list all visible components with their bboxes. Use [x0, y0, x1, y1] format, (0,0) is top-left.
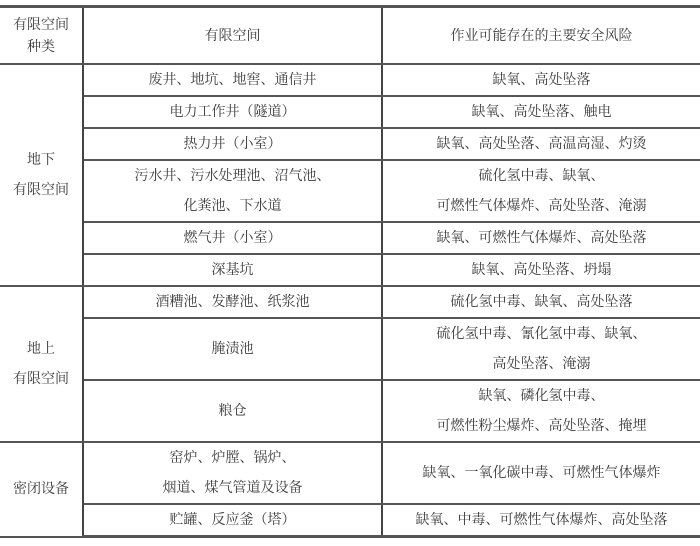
space-cell: 热力井（小室） — [83, 128, 382, 160]
risk-cell: 缺氧、高处坠落 — [382, 64, 700, 96]
risk-cell: 硫化氢中毒、氰化氢中毒、缺氧、 高处坠落、淹溺 — [382, 318, 700, 380]
space-cell: 深基坑 — [83, 254, 382, 286]
space-cell: 酒糟池、发酵池、纸浆池 — [83, 286, 382, 318]
table-row: 密闭设备 窑炉、炉膛、锅炉、 烟道、煤气管道及设备 缺氧、一氧化碳中毒、可燃性气… — [0, 442, 700, 504]
risk-cell: 缺氧、高处坠落、坍塌 — [382, 254, 700, 286]
risk-cell: 缺氧、高处坠落、触电 — [382, 96, 700, 128]
header-risk: 作业可能存在的主要安全风险 — [382, 7, 700, 65]
risk-cell: 缺氧、一氧化碳中毒、可燃性气体爆炸 — [382, 442, 700, 504]
table-row: 腌渍池 硫化氢中毒、氰化氢中毒、缺氧、 高处坠落、淹溺 — [0, 318, 700, 380]
table-row: 污水井、污水处理池、沼气池、 化粪池、下水道 硫化氢中毒、缺氧、 可燃性气体爆炸… — [0, 160, 700, 222]
space-cell: 腌渍池 — [83, 318, 382, 380]
category-cell: 地下 有限空间 — [0, 64, 83, 286]
table-row: 热力井（小室） 缺氧、高处坠落、高温高湿、灼烫 — [0, 128, 700, 160]
risk-cell: 缺氧、磷化氢中毒、 可燃性粉尘爆炸、高处坠落、掩埋 — [382, 380, 700, 442]
category-cell: 密闭设备 — [0, 442, 83, 537]
risk-cell: 缺氧、高处坠落、高温高湿、灼烫 — [382, 128, 700, 160]
risk-cell: 缺氧、可燃性气体爆炸、高处坠落 — [382, 222, 700, 254]
risk-cell: 缺氧、中毒、可燃性气体爆炸、高处坠落 — [382, 504, 700, 537]
table-row: 深基坑 缺氧、高处坠落、坍塌 — [0, 254, 700, 286]
table-row: 燃气井（小室） 缺氧、可燃性气体爆炸、高处坠落 — [0, 222, 700, 254]
space-cell: 窑炉、炉膛、锅炉、 烟道、煤气管道及设备 — [83, 442, 382, 504]
table-row: 地上 有限空间 酒糟池、发酵池、纸浆池 硫化氢中毒、缺氧、高处坠落 — [0, 286, 700, 318]
risk-cell: 硫化氢中毒、缺氧、 可燃性气体爆炸、高处坠落、淹溺 — [382, 160, 700, 222]
table-row: 电力工作井（隧道） 缺氧、高处坠落、触电 — [0, 96, 700, 128]
space-cell: 电力工作井（隧道） — [83, 96, 382, 128]
table-row: 粮仓 缺氧、磷化氢中毒、 可燃性粉尘爆炸、高处坠落、掩埋 — [0, 380, 700, 442]
header-space: 有限空间 — [83, 7, 382, 65]
confined-space-risk-table: 有限空间 种类 有限空间 作业可能存在的主要安全风险 地下 有限空间 废井、地坑… — [0, 5, 700, 538]
space-cell: 废井、地坑、地窖、通信井 — [83, 64, 382, 96]
risk-cell: 硫化氢中毒、缺氧、高处坠落 — [382, 286, 700, 318]
table-row: 地下 有限空间 废井、地坑、地窖、通信井 缺氧、高处坠落 — [0, 64, 700, 96]
space-cell: 贮罐、反应釜（塔） — [83, 504, 382, 537]
table-header-row: 有限空间 种类 有限空间 作业可能存在的主要安全风险 — [0, 7, 700, 65]
header-category: 有限空间 种类 — [0, 7, 83, 65]
space-cell: 污水井、污水处理池、沼气池、 化粪池、下水道 — [83, 160, 382, 222]
space-cell: 粮仓 — [83, 380, 382, 442]
category-cell: 地上 有限空间 — [0, 286, 83, 442]
space-cell: 燃气井（小室） — [83, 222, 382, 254]
table-row: 贮罐、反应釜（塔） 缺氧、中毒、可燃性气体爆炸、高处坠落 — [0, 504, 700, 537]
